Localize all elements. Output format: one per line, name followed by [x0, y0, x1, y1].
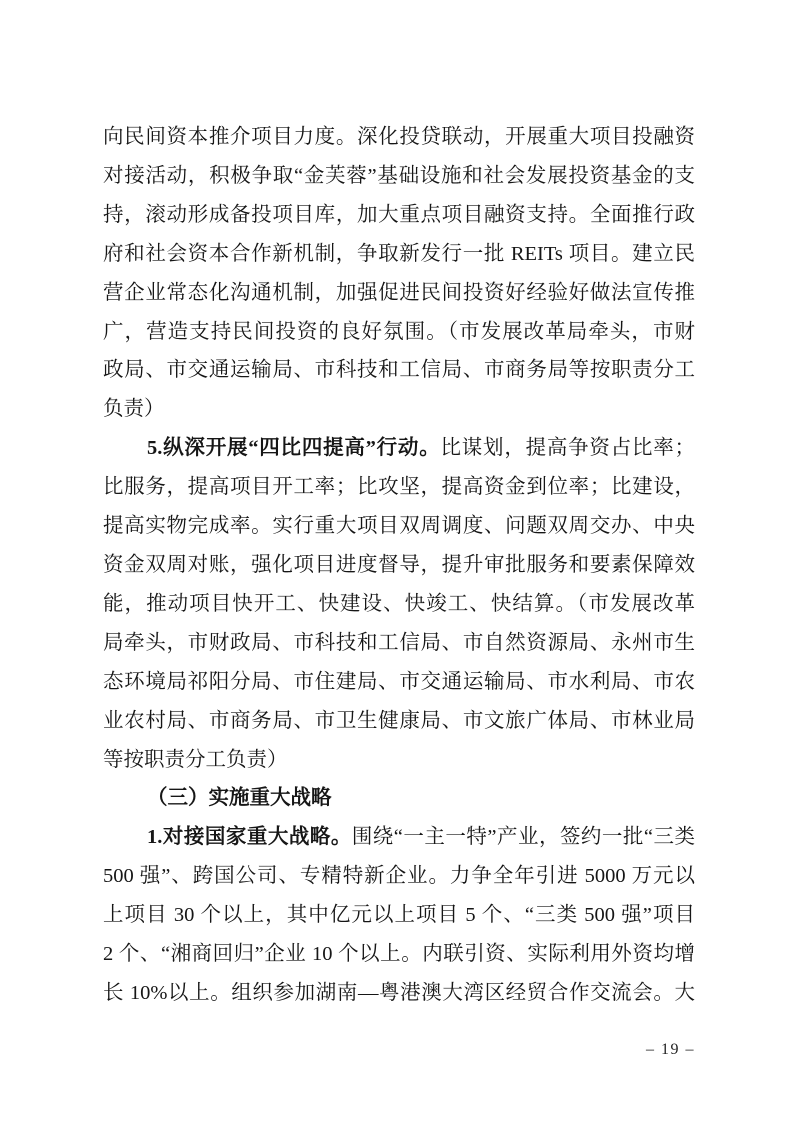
- text-line: 500 强”、跨国公司、专精特新企业。力争全年引进 5000 万元以: [103, 857, 695, 896]
- text-line: 业农村局、市商务局、市卫生健康局、市文旅广体局、市林业局: [103, 702, 695, 741]
- text-line: 政局、市交通运输局、市科技和工信局、市商务局等按职责分工: [103, 351, 695, 390]
- text-segment: 提高实物完成率。实行重大项目双周调度、问题双周交办、中央: [103, 515, 695, 537]
- text-line: 等按职责分工负责）: [103, 741, 695, 780]
- text-line: 比服务，提高项目开工率；比攻坚，提高资金到位率；比建设，: [103, 468, 695, 507]
- text-segment: 营企业常态化沟通机制，加强促进民间投资好经验好做法宣传推: [103, 282, 695, 304]
- text-line: 2 个、“湘商回归”企业 10 个以上。内联引资、实际利用外资均增: [103, 935, 695, 974]
- text-segment: 政局、市交通运输局、市科技和工信局、市商务局等按职责分工: [103, 359, 695, 381]
- text-segment: 长 10%以上。组织参加湖南—粤港澳大湾区经贸合作交流会。大: [103, 982, 695, 1004]
- text-line: 资金双周对账，强化项目进度督导，提升审批服务和要素保障效: [103, 546, 695, 585]
- text-line: （三）实施重大战略: [103, 779, 695, 818]
- text-segment: 500 强”、跨国公司、专精特新企业。力争全年引进 5000 万元以: [103, 865, 695, 887]
- text-segment: 态环境局祁阳分局、市住建局、市交通运输局、市水利局、市农: [103, 671, 695, 693]
- text-line: 5.纵深开展“四比四提高”行动。比谋划，提高争资占比率；: [103, 429, 695, 468]
- text-segment: 持，滚动形成备投项目库，加大重点项目融资支持。全面推行政: [103, 204, 695, 226]
- document-page: 向民间资本推介项目力度。深化投贷联动，开展重大项目投融资对接活动，积极争取“金芙…: [0, 0, 793, 1122]
- text-line: 广，营造支持民间投资的良好氛围。（市发展改革局牵头，市财: [103, 313, 695, 352]
- text-segment: 广，营造支持民间投资的良好氛围。（市发展改革局牵头，市财: [103, 321, 695, 343]
- text-line: 对接活动，积极争取“金芙蓉”基础设施和社会发展投资基金的支: [103, 157, 695, 196]
- text-segment: 能，推动项目快开工、快建设、快竣工、快结算。（市发展改革: [103, 593, 695, 615]
- section-heading-3: （三）实施重大战略: [103, 779, 695, 818]
- text-segment: 围绕“一主一特”产业，签约一批“三类: [352, 826, 695, 848]
- bold-text-segment: 1.对接国家重大战略。: [147, 826, 352, 848]
- paragraph-continuation: 向民间资本推介项目力度。深化投贷联动，开展重大项目投融资对接活动，积极争取“金芙…: [103, 118, 695, 429]
- text-segment: 业农村局、市商务局、市卫生健康局、市文旅广体局、市林业局: [103, 710, 695, 732]
- text-line: 持，滚动形成备投项目库，加大重点项目融资支持。全面推行政: [103, 196, 695, 235]
- text-line: 负责）: [103, 390, 695, 429]
- bold-text-segment: （三）实施重大战略: [147, 787, 332, 809]
- text-line: 长 10%以上。组织参加湖南—粤港澳大湾区经贸合作交流会。大: [103, 974, 695, 1013]
- text-line: 局牵头，市财政局、市科技和工信局、市自然资源局、永州市生: [103, 624, 695, 663]
- text-line: 态环境局祁阳分局、市住建局、市交通运输局、市水利局、市农: [103, 663, 695, 702]
- text-segment: 府和社会资本合作新机制，争取新发行一批 REITs 项目。建立民: [103, 243, 695, 265]
- text-line: 1.对接国家重大战略。围绕“一主一特”产业，签约一批“三类: [103, 818, 695, 857]
- paragraph-item-5: 5.纵深开展“四比四提高”行动。比谋划，提高争资占比率；比服务，提高项目开工率；…: [103, 429, 695, 779]
- text-segment: 向民间资本推介项目力度。深化投贷联动，开展重大项目投融资: [103, 126, 695, 148]
- text-segment: 资金双周对账，强化项目进度督导，提升审批服务和要素保障效: [103, 554, 695, 576]
- text-segment: 对接活动，积极争取“金芙蓉”基础设施和社会发展投资基金的支: [103, 165, 695, 187]
- text-line: 能，推动项目快开工、快建设、快竣工、快结算。（市发展改革: [103, 585, 695, 624]
- text-line: 向民间资本推介项目力度。深化投贷联动，开展重大项目投融资: [103, 118, 695, 157]
- bold-text-segment: 5.纵深开展“四比四提高”行动。: [147, 437, 441, 459]
- text-segment: 等按职责分工负责）: [103, 749, 288, 771]
- text-segment: 比服务，提高项目开工率；比攻坚，提高资金到位率；比建设，: [103, 476, 695, 498]
- text-line: 上项目 30 个以上，其中亿元以上项目 5 个、“三类 500 强”项目: [103, 896, 695, 935]
- text-block: 向民间资本推介项目力度。深化投贷联动，开展重大项目投融资对接活动，积极争取“金芙…: [103, 118, 695, 1013]
- paragraph-item-1: 1.对接国家重大战略。围绕“一主一特”产业，签约一批“三类500 强”、跨国公司…: [103, 818, 695, 1013]
- text-line: 营企业常态化沟通机制，加强促进民间投资好经验好做法宣传推: [103, 274, 695, 313]
- text-line: 提高实物完成率。实行重大项目双周调度、问题双周交办、中央: [103, 507, 695, 546]
- text-segment: 比谋划，提高争资占比率；: [441, 437, 696, 459]
- text-segment: 2 个、“湘商回归”企业 10 个以上。内联引资、实际利用外资均增: [103, 943, 695, 965]
- text-segment: 负责）: [103, 398, 165, 420]
- text-segment: 上项目 30 个以上，其中亿元以上项目 5 个、“三类 500 强”项目: [103, 904, 695, 926]
- text-segment: 局牵头，市财政局、市科技和工信局、市自然资源局、永州市生: [103, 632, 695, 654]
- page-number: – 19 –: [646, 1040, 695, 1060]
- text-line: 府和社会资本合作新机制，争取新发行一批 REITs 项目。建立民: [103, 235, 695, 274]
